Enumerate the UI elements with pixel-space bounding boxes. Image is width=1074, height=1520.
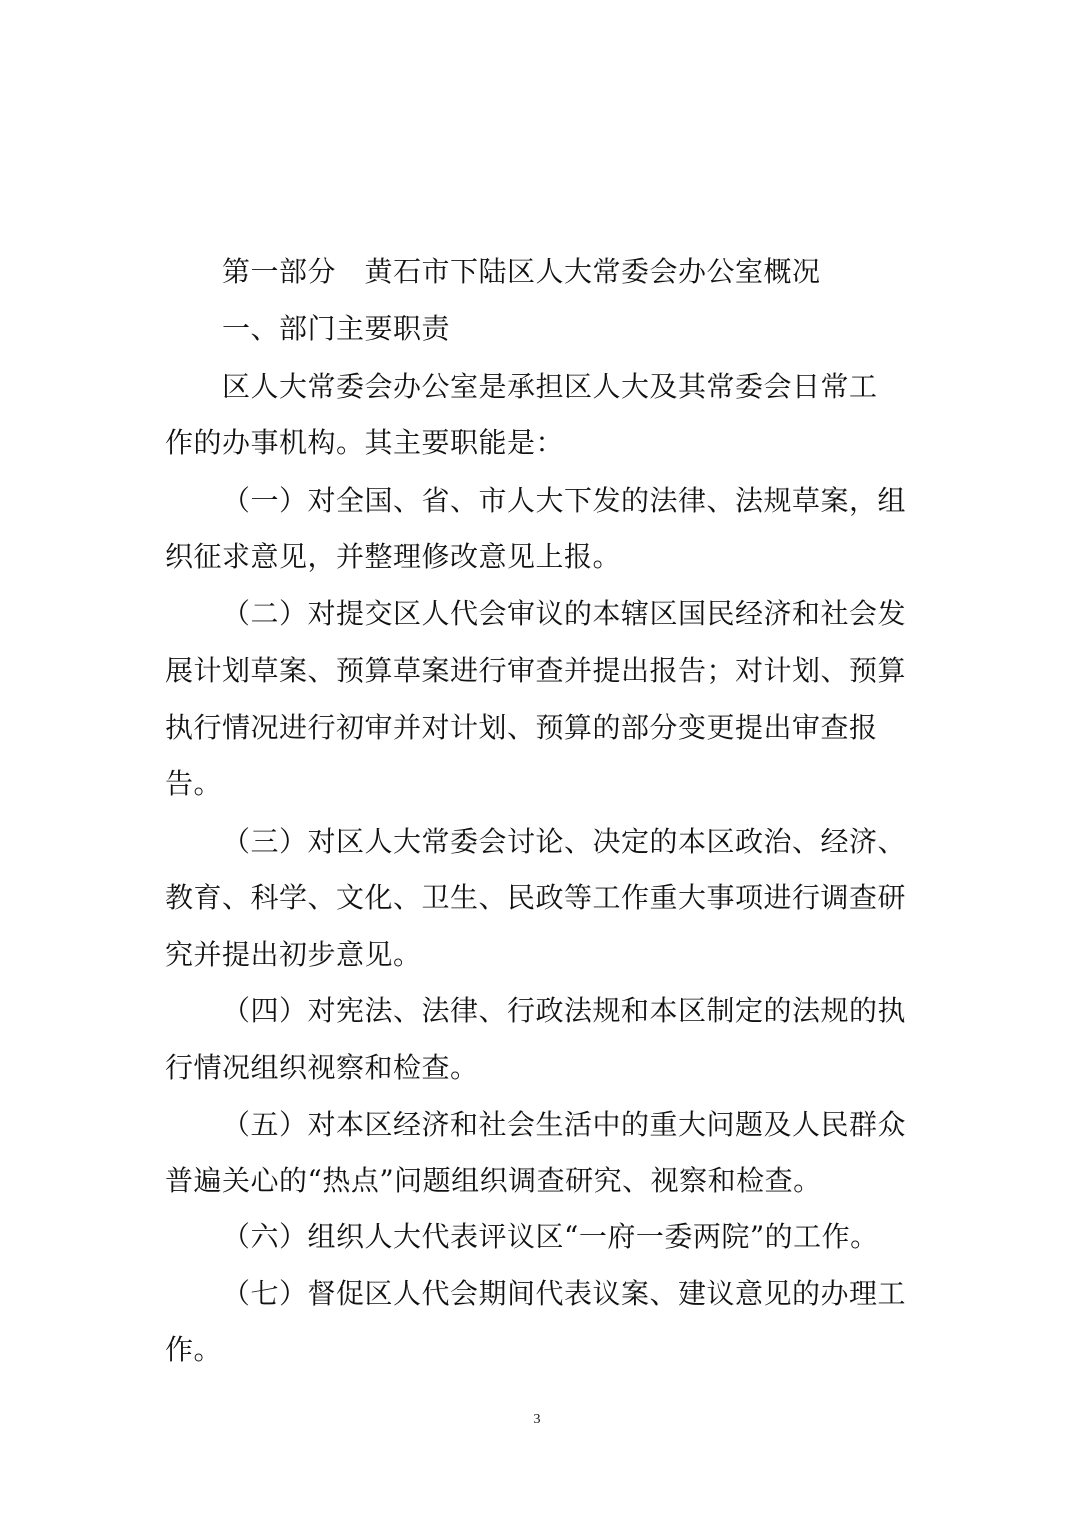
item-4-line-2: 行情况组织视察和检查。	[165, 1048, 479, 1088]
item-2-line-1: （二）对提交区人代会审议的本辖区国民经济和社会发	[222, 594, 906, 634]
document-page: 第一部分 黄石市下陆区人大常委会办公室概况 一、部门主要职责 区人大常委会办公室…	[0, 0, 1074, 1520]
section-heading: 一、部门主要职责	[222, 309, 450, 349]
intro-line-1: 区人大常委会办公室是承担区人大及其常委会日常工	[222, 367, 878, 407]
item-3-line-2: 教育、科学、文化、卫生、民政等工作重大事项进行调查研	[165, 878, 906, 918]
item-1-line-1: （一）对全国、省、市人大下发的法律、法规草案，组	[222, 481, 906, 521]
item-4-line-1: （四）对宪法、法律、行政法规和本区制定的法规的执	[222, 991, 906, 1031]
page-number: 3	[0, 1412, 1074, 1428]
item-3-line-1: （三）对区人大常委会讨论、决定的本区政治、经济、	[222, 822, 906, 862]
item-5-line-2: 普遍关心的“热点”问题组织调查研究、视察和检查。	[165, 1161, 822, 1201]
item-7-line-2: 作。	[165, 1330, 222, 1370]
item-2-line-3: 执行情况进行初审并对计划、预算的部分变更提出审查报	[165, 708, 878, 748]
item-1-line-2: 织征求意见，并整理修改意见上报。	[165, 537, 621, 577]
item-7-line-1: （七）督促区人代会期间代表议案、建议意见的办理工	[222, 1274, 906, 1314]
item-2-line-4: 告。	[165, 764, 222, 804]
item-5-line-1: （五）对本区经济和社会生活中的重大问题及人民群众	[222, 1105, 906, 1145]
item-3-line-3: 究并提出初步意见。	[165, 935, 422, 975]
item-2-line-2: 展计划草案、预算草案进行审查并提出报告；对计划、预算	[165, 651, 906, 691]
item-6-line-1: （六）组织人大代表评议区“一府一委两院”的工作。	[222, 1217, 879, 1257]
part-title: 第一部分 黄石市下陆区人大常委会办公室概况	[222, 252, 821, 292]
intro-line-2: 作的办事机构。其主要职能是：	[165, 423, 564, 463]
